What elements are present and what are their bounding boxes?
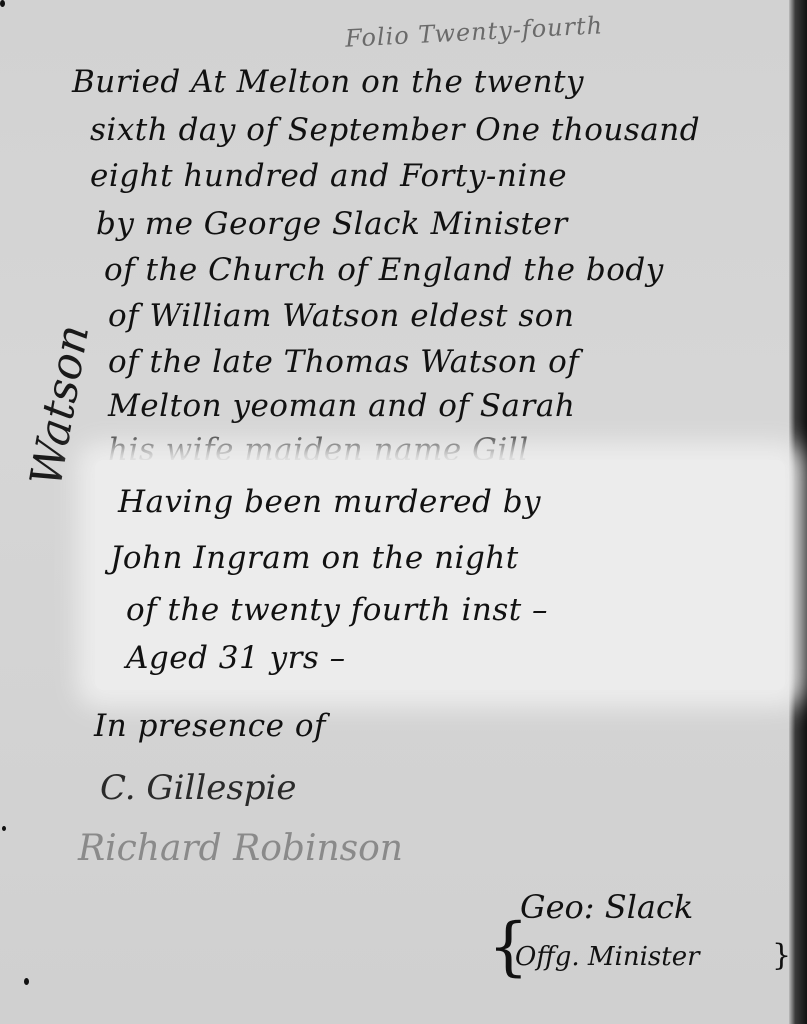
- ink-spot: [0, 0, 5, 7]
- annotation-line-4: Aged 31 yrs –: [126, 640, 346, 676]
- entry-line-2: sixth day of September One thousand: [90, 112, 700, 148]
- ink-spot: [24, 978, 29, 985]
- annotation-line-3: of the twenty fourth inst –: [126, 592, 548, 628]
- entry-line-8: Melton yeoman and of Sarah: [108, 388, 575, 424]
- witness-intro: In presence of: [94, 708, 326, 744]
- minister-signature: Geo: Slack: [520, 888, 693, 926]
- minister-title: Offg. Minister: [515, 942, 700, 972]
- witness-signature-2: Richard Robinson: [78, 828, 403, 869]
- entry-line-3: eight hundred and Forty-nine: [90, 158, 567, 194]
- entry-line-4: by me George Slack Minister: [96, 206, 568, 242]
- annotation-line-2: John Ingram on the night: [110, 540, 519, 576]
- entry-line-7: of the late Thomas Watson of: [108, 344, 579, 380]
- entry-line-6: of William Watson eldest son: [108, 298, 574, 334]
- entry-line-5: of the Church of England the body: [104, 252, 664, 288]
- witness-signature-1: C. Gillespie: [100, 768, 297, 808]
- margin-surname: Watson: [18, 303, 103, 509]
- annotation-line-1: Having been murdered by: [118, 484, 541, 520]
- ink-spot: [2, 826, 6, 831]
- register-page: Folio Twenty-fourth Watson Buried At Mel…: [0, 0, 807, 1024]
- page-binding-edge: [789, 0, 807, 1024]
- signature-brace-right: }: [772, 938, 791, 973]
- folio-header: Folio Twenty-fourth: [344, 11, 603, 52]
- entry-line-1: Buried At Melton on the twenty: [72, 64, 584, 100]
